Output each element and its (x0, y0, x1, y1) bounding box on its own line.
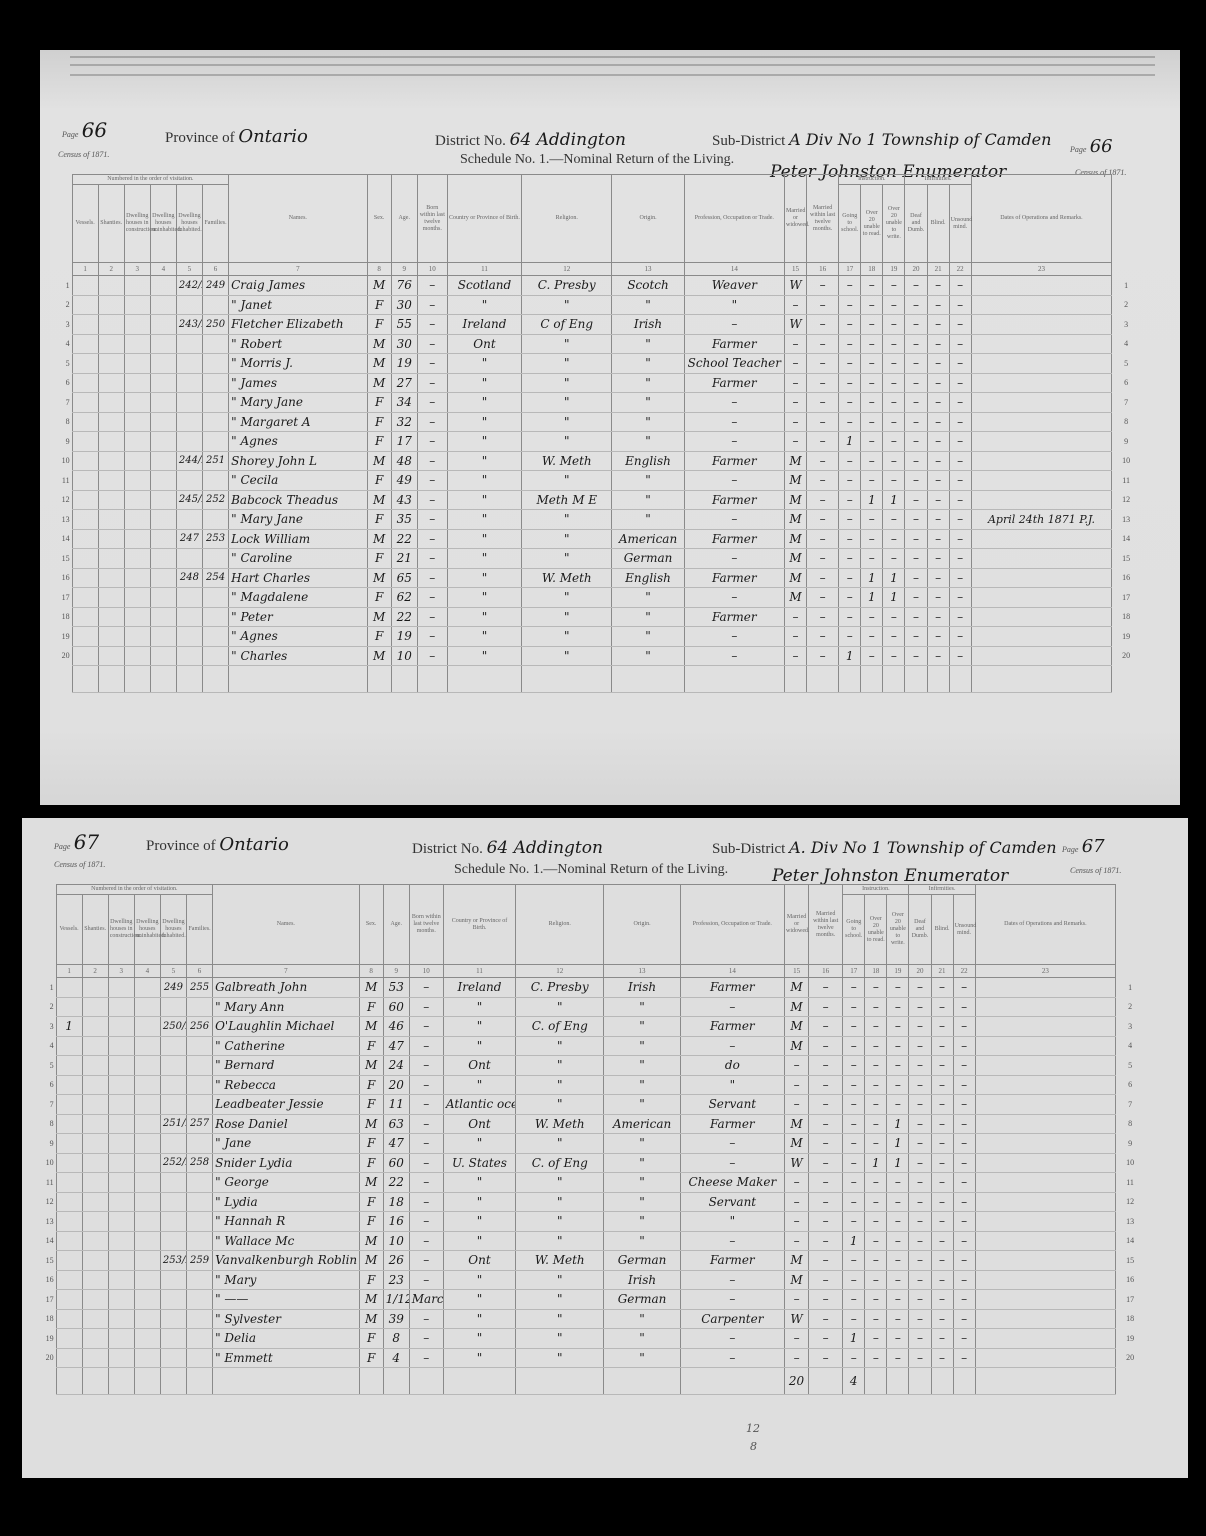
vessels-cell (72, 490, 98, 510)
cant-read-cell: – (861, 276, 883, 296)
dw-uninhabited-cell (150, 451, 176, 471)
birthplace-cell: Ont (447, 334, 521, 354)
header-shanties: Shanties. (98, 185, 124, 263)
header-dw-inhabited: Dwelling houses inhabited. (176, 185, 202, 263)
remarks-cell (975, 1075, 1115, 1095)
table-row: 16248254Hart CharlesM65–"W. MethEnglishF… (50, 568, 1140, 588)
shanties-cell (98, 510, 124, 530)
blind-cell: – (931, 1231, 953, 1251)
remarks-cell (975, 1017, 1115, 1037)
page-number-right-block: Page 67 (1062, 836, 1105, 857)
table-row: 17" ——M1/12March""German–––––––––17 (34, 1290, 1144, 1310)
occupation-cell: " (684, 295, 784, 315)
header-origin: Origin. (612, 175, 684, 263)
shanties-cell (82, 1017, 108, 1037)
row-number-right: 9 (1116, 1134, 1144, 1154)
born-12-cell: – (417, 568, 447, 588)
column-number: 12 (522, 263, 612, 276)
occupation-cell: – (680, 1348, 784, 1368)
origin-cell: " (612, 412, 684, 432)
dw-uninhabited-cell (150, 334, 176, 354)
deaf-cell: – (909, 1095, 931, 1115)
occupation-cell: Farmer (680, 978, 784, 998)
unsound-cell: – (949, 471, 971, 491)
sex-cell: M (359, 1231, 383, 1251)
cant-read-cell: – (865, 1231, 887, 1251)
shanties-cell (82, 1231, 108, 1251)
family-number-cell: 255 (186, 978, 212, 998)
sex-cell: M (359, 1056, 383, 1076)
occupation-cell: – (684, 471, 784, 491)
row-number: 8 (34, 1114, 56, 1134)
totals-cell (971, 666, 1112, 693)
age-cell: 76 (391, 276, 417, 296)
born-12-cell: – (409, 1173, 443, 1193)
blind-cell: – (931, 1212, 953, 1232)
dwelling-number-cell (160, 1270, 186, 1290)
row-number-right: 12 (1116, 1192, 1144, 1212)
totals-cell (367, 666, 391, 693)
born-12-cell: – (417, 607, 447, 627)
cant-write-cell: 1 (887, 1134, 909, 1154)
origin-cell: German (604, 1290, 680, 1310)
age-cell: 10 (383, 1231, 409, 1251)
married-12-cell: – (809, 1114, 843, 1134)
origin-cell: " (612, 334, 684, 354)
deaf-cell: – (905, 529, 927, 549)
married-12-cell: – (807, 510, 839, 530)
dw-uninhabited-cell (150, 393, 176, 413)
table-row: 15253/246259Vanvalkenburgh RoblinM26–Ont… (34, 1251, 1144, 1271)
occupation-cell: Weaver (684, 276, 784, 296)
row-number: 14 (50, 529, 72, 549)
unsound-cell: – (953, 1075, 975, 1095)
religion-cell: " (516, 1348, 604, 1368)
column-number: 1 (72, 263, 98, 276)
shanties-cell (98, 627, 124, 647)
religion-cell: " (516, 1309, 604, 1329)
vessels-cell (72, 315, 98, 335)
remarks-cell (971, 334, 1112, 354)
totals-cell (680, 1368, 784, 1395)
dwelling-number-cell (160, 1212, 186, 1232)
sex-cell: M (359, 1251, 383, 1271)
born-12-cell: – (409, 978, 443, 998)
totals-cell (56, 1368, 82, 1395)
deaf-cell: – (909, 1251, 931, 1271)
religion-cell: W. Meth (516, 1251, 604, 1271)
unsound-cell: – (953, 1192, 975, 1212)
dw-uninhabited-cell (150, 607, 176, 627)
deaf-cell: – (909, 1212, 931, 1232)
school-cell: 1 (839, 432, 861, 452)
dw-construction-cell (108, 1017, 134, 1037)
header-infirmities-group: Infirmities. (909, 885, 975, 895)
column-number: 21 (931, 965, 953, 978)
dw-construction-cell (108, 1309, 134, 1329)
married-12-cell: – (809, 1173, 843, 1193)
header-names: Names. (213, 885, 360, 965)
name-cell: " Sylvester (213, 1309, 360, 1329)
age-cell: 39 (383, 1309, 409, 1329)
header-dw-construction: Dwelling houses in construction. (124, 185, 150, 263)
district-value: 64 Addington (487, 838, 603, 858)
totals-cell (202, 666, 228, 693)
cant-read-cell: – (865, 997, 887, 1017)
born-12-cell: – (409, 1251, 443, 1271)
cant-write-cell: – (887, 1329, 909, 1349)
dw-uninhabited-cell (150, 490, 176, 510)
totals-cell (861, 666, 883, 693)
unsound-cell: – (949, 646, 971, 666)
dw-uninhabited-cell (134, 1173, 160, 1193)
religion-cell: C. Presby (516, 978, 604, 998)
header-school: Going to school. (843, 895, 865, 965)
sex-cell: F (367, 588, 391, 608)
married-12-cell: – (809, 1251, 843, 1271)
occupation-cell: – (680, 1153, 784, 1173)
cant-write-cell: 1 (887, 1114, 909, 1134)
header-married: Married or widowed. (785, 885, 809, 965)
origin-cell: " (604, 1348, 680, 1368)
totals-cell (150, 666, 176, 693)
religion-cell: " (522, 588, 612, 608)
school-cell: – (839, 510, 861, 530)
shanties-cell (98, 412, 124, 432)
table-row: 19" DeliaF8–"""–––1–––––19 (34, 1329, 1144, 1349)
header-deaf: Deaf and Dumb. (905, 185, 927, 263)
deaf-cell: – (905, 510, 927, 530)
sex-cell: M (367, 451, 391, 471)
vessels-cell (56, 1231, 82, 1251)
marital-status-cell: M (785, 1017, 809, 1037)
occupation-cell: Servant (680, 1095, 784, 1115)
vessels-cell (72, 451, 98, 471)
row-number-right: 11 (1112, 471, 1140, 491)
occupation-cell: Farmer (684, 373, 784, 393)
origin-cell: " (604, 1309, 680, 1329)
unsound-cell: – (953, 1114, 975, 1134)
totals-cell (1116, 1368, 1144, 1395)
origin-cell: German (612, 549, 684, 569)
marital-status-cell: – (785, 627, 807, 647)
unsound-cell: – (949, 412, 971, 432)
census-year: Census of 1871. (54, 860, 105, 869)
dwelling-number-cell: 251/244 (160, 1114, 186, 1134)
occupation-cell: School Teacher (684, 354, 784, 374)
marital-status-cell: M (785, 978, 809, 998)
row-number: 15 (34, 1251, 56, 1271)
occupation-cell: Farmer (680, 1114, 784, 1134)
school-cell: – (843, 1290, 865, 1310)
remarks-cell (975, 1095, 1115, 1115)
subdistrict-value: A Div No 1 Township of Camden (789, 130, 1051, 149)
blind-cell: – (927, 490, 949, 510)
cant-read-cell: – (865, 1134, 887, 1154)
vessels-cell (56, 1192, 82, 1212)
row-number: 13 (50, 510, 72, 530)
unsound-cell: – (953, 1173, 975, 1193)
origin-cell: " (612, 588, 684, 608)
dw-uninhabited-cell (134, 1095, 160, 1115)
blind-cell: – (931, 997, 953, 1017)
remarks-cell (975, 1251, 1115, 1271)
dw-construction-cell (108, 997, 134, 1017)
age-cell: 8 (383, 1329, 409, 1349)
blind-cell: – (931, 1153, 953, 1173)
dw-uninhabited-cell (134, 997, 160, 1017)
shanties-cell (98, 588, 124, 608)
religion-cell: C. of Eng (516, 1017, 604, 1037)
row-number-right: 5 (1112, 354, 1140, 374)
header-deaf: Deaf and Dumb. (909, 895, 931, 965)
row-number: 9 (34, 1134, 56, 1154)
row-number: 4 (50, 334, 72, 354)
name-cell: " Agnes (229, 432, 367, 452)
religion-cell: C. of Eng (516, 1153, 604, 1173)
vessels-cell (56, 997, 82, 1017)
remarks-cell (975, 1212, 1115, 1232)
column-number: 2 (82, 965, 108, 978)
name-cell: " Mary Jane (229, 510, 367, 530)
deaf-cell: – (905, 412, 927, 432)
dw-construction-cell (108, 1114, 134, 1134)
table-row: 13" Hannah RF16–""""––––––––13 (34, 1212, 1144, 1232)
cant-write-cell: – (883, 549, 905, 569)
born-12-cell: – (417, 627, 447, 647)
row-number-right: 15 (1112, 549, 1140, 569)
occupation-cell: – (680, 1270, 784, 1290)
unsound-cell: – (949, 490, 971, 510)
name-cell: Fletcher Elizabeth (229, 315, 367, 335)
dwelling-number-cell (160, 1173, 186, 1193)
origin-cell: " (612, 354, 684, 374)
cant-write-cell: – (887, 1075, 909, 1095)
dwelling-number-cell: 244/238 (176, 451, 202, 471)
dw-construction-cell (124, 276, 150, 296)
religion-cell: Meth M E (522, 490, 612, 510)
table-row: 12245/239252Babcock TheadusM43–"Meth M E… (50, 490, 1140, 510)
row-number: 16 (34, 1270, 56, 1290)
sex-cell: M (367, 568, 391, 588)
unsound-cell: – (949, 510, 971, 530)
remarks-cell (971, 432, 1112, 452)
dw-construction-cell (108, 1290, 134, 1310)
row-number: 20 (50, 646, 72, 666)
married-12-cell: – (807, 607, 839, 627)
religion-cell: " (522, 471, 612, 491)
dw-construction-cell (124, 373, 150, 393)
dwelling-number-cell (176, 588, 202, 608)
footer-mark: 8 (750, 1440, 757, 1453)
birthplace-cell: " (447, 607, 521, 627)
row-number-right: 10 (1112, 451, 1140, 471)
school-cell: – (843, 1075, 865, 1095)
religion-cell: W. Meth (516, 1114, 604, 1134)
unsound-cell: – (953, 1290, 975, 1310)
married-12-cell: – (807, 373, 839, 393)
origin-cell: " (612, 373, 684, 393)
blind-cell: – (927, 627, 949, 647)
column-number: 21 (927, 263, 949, 276)
school-cell: – (839, 471, 861, 491)
name-cell: " Magdalene (229, 588, 367, 608)
born-12-cell: – (409, 1036, 443, 1056)
origin-cell: " (612, 627, 684, 647)
name-cell: " Emmett (213, 1348, 360, 1368)
column-number: 14 (684, 263, 784, 276)
header-infirmities-group: Infirmities. (905, 175, 971, 185)
married-12-cell: – (807, 529, 839, 549)
sex-cell: M (359, 1309, 383, 1329)
occupation-cell: – (684, 646, 784, 666)
occupation-cell: Farmer (680, 1017, 784, 1037)
dwelling-number-cell (160, 1329, 186, 1349)
totals-cell (108, 1368, 134, 1395)
born-12-cell: – (417, 393, 447, 413)
header-origin: Origin. (604, 885, 680, 965)
blind-cell: – (927, 471, 949, 491)
marital-status-cell: – (785, 646, 807, 666)
vessels-cell (56, 1290, 82, 1310)
school-cell: – (839, 490, 861, 510)
header-instruction-group: Instruction. (839, 175, 905, 185)
blind-cell: – (927, 334, 949, 354)
remarks-cell (971, 393, 1112, 413)
totals-cell (883, 666, 905, 693)
dw-uninhabited-cell (134, 1056, 160, 1076)
marital-status-cell: – (785, 354, 807, 374)
dwelling-number-cell: 253/246 (160, 1251, 186, 1271)
shanties-cell (98, 607, 124, 627)
vessels-cell (56, 1114, 82, 1134)
age-cell: 4 (383, 1348, 409, 1368)
school-cell: – (839, 315, 861, 335)
table-row: 15" CarolineF21–""German–M–––––––15 (50, 549, 1140, 569)
dw-construction-cell (108, 1095, 134, 1115)
family-number-cell (202, 471, 228, 491)
unsound-cell: – (949, 568, 971, 588)
occupation-cell: – (680, 1329, 784, 1349)
remarks-cell (975, 1173, 1115, 1193)
married-12-cell: – (809, 1017, 843, 1037)
marital-status-cell: M (785, 568, 807, 588)
deaf-cell: – (909, 1231, 931, 1251)
shanties-cell (98, 373, 124, 393)
occupation-cell: Farmer (684, 451, 784, 471)
column-number: 6 (186, 965, 212, 978)
cant-read-cell: – (861, 373, 883, 393)
row-number-right: 9 (1112, 432, 1140, 452)
blind-cell: – (927, 432, 949, 452)
cant-read-cell: – (865, 1075, 887, 1095)
married-12-cell: – (809, 1134, 843, 1154)
header-blind: Blind. (931, 895, 953, 965)
remarks-cell (975, 1270, 1115, 1290)
vessels-cell (56, 1095, 82, 1115)
dw-uninhabited-cell (134, 1231, 160, 1251)
cant-read-cell: – (861, 432, 883, 452)
born-12-cell: – (409, 1348, 443, 1368)
sex-cell: F (359, 1329, 383, 1349)
cant-read-cell: – (865, 1056, 887, 1076)
school-cell: – (843, 1212, 865, 1232)
header-blind: Blind. (927, 185, 949, 263)
born-12-cell: – (417, 646, 447, 666)
cant-write-cell: – (883, 451, 905, 471)
deaf-cell: – (909, 1329, 931, 1349)
vessels-cell (72, 276, 98, 296)
vessels-cell (72, 646, 98, 666)
dwelling-number-cell: 242/236 (176, 276, 202, 296)
family-number-cell: 256 (186, 1017, 212, 1037)
occupation-cell: – (684, 510, 784, 530)
name-cell: " Peter (229, 607, 367, 627)
deaf-cell: – (905, 315, 927, 335)
vessels-cell (56, 1212, 82, 1232)
origin-cell: " (612, 646, 684, 666)
shanties-cell (98, 315, 124, 335)
totals-row: 204 (34, 1368, 1144, 1395)
school-cell: – (843, 1153, 865, 1173)
dw-uninhabited-cell (150, 432, 176, 452)
vessels-cell (72, 471, 98, 491)
header-dw-uninhabited: Dwelling houses uninhabited. (134, 895, 160, 965)
cant-read-cell: – (865, 1036, 887, 1056)
family-number-cell (186, 1056, 212, 1076)
deaf-cell: – (905, 393, 927, 413)
married-12-cell: – (809, 1329, 843, 1349)
deaf-cell: – (905, 588, 927, 608)
occupation-cell: – (684, 627, 784, 647)
name-cell: " Morris J. (229, 354, 367, 374)
deaf-cell: – (909, 1153, 931, 1173)
married-12-cell: – (807, 451, 839, 471)
row-number: 18 (50, 607, 72, 627)
marital-status-cell: M (785, 490, 807, 510)
row-number-right: 1 (1112, 276, 1140, 296)
cant-read-cell: – (865, 1212, 887, 1232)
marital-status-cell: – (785, 1329, 809, 1349)
vessels-cell (56, 1329, 82, 1349)
sex-cell: M (359, 1017, 383, 1037)
name-cell: " Caroline (229, 549, 367, 569)
occupation-cell: – (680, 997, 784, 1017)
vessels-cell (72, 510, 98, 530)
cant-write-cell: – (883, 646, 905, 666)
married-12-cell: – (807, 471, 839, 491)
column-number: 13 (612, 263, 684, 276)
born-12-cell: – (409, 1192, 443, 1212)
dwelling-number-cell (176, 354, 202, 374)
column-number: 23 (971, 263, 1112, 276)
dw-construction-cell (108, 1192, 134, 1212)
born-12-cell: – (409, 1114, 443, 1134)
cant-read-cell: – (865, 1192, 887, 1212)
subdistrict-label: Sub-District A Div No 1 Township of Camd… (712, 130, 1051, 150)
birthplace-cell: " (447, 588, 521, 608)
page-number-block: Page 66 (62, 118, 107, 142)
born-12-cell: – (417, 412, 447, 432)
marital-status-cell: – (785, 1192, 809, 1212)
dwelling-number-cell (160, 1134, 186, 1154)
name-cell: Snider Lydia (213, 1153, 360, 1173)
remarks-cell (971, 490, 1112, 510)
column-number: 19 (887, 965, 909, 978)
family-number-cell (186, 1075, 212, 1095)
dw-construction-cell (124, 393, 150, 413)
totals-cell: 4 (843, 1368, 865, 1395)
